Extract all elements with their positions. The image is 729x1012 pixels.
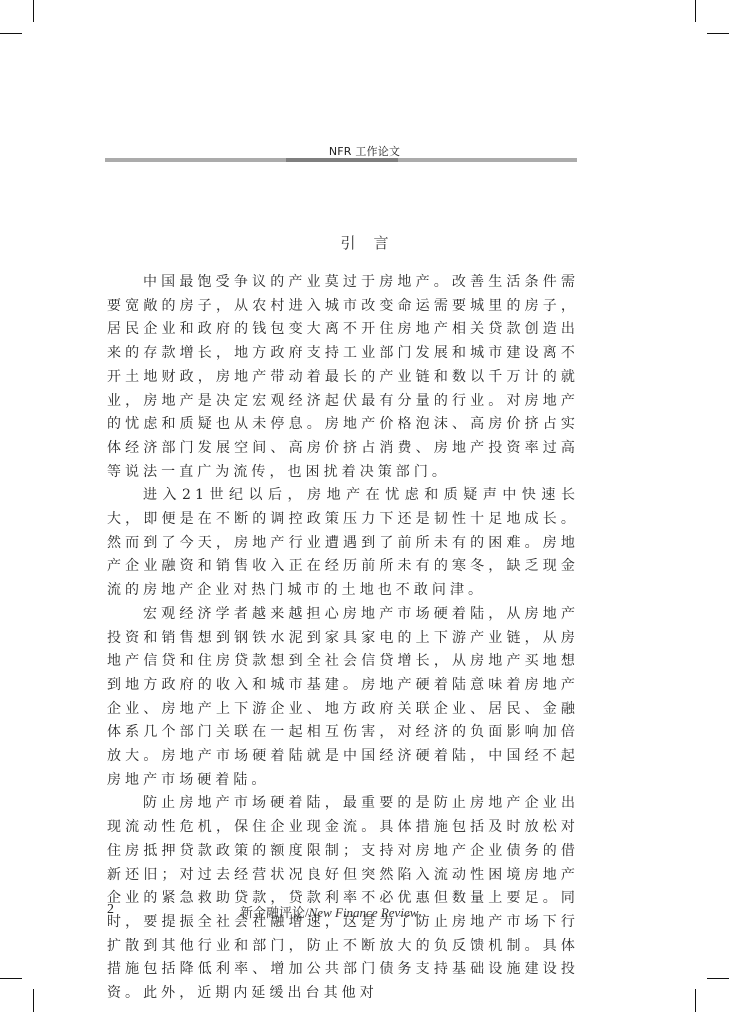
crop-mark-top-right-horizontal bbox=[707, 33, 729, 34]
crop-mark-bottom-right-vertical bbox=[695, 989, 696, 1012]
crop-mark-bottom-right-horizontal bbox=[707, 978, 729, 979]
crop-mark-top-right-vertical bbox=[695, 0, 696, 22]
journal-name-cn: 新金融评论 bbox=[240, 905, 305, 920]
section-title: 引言 bbox=[0, 232, 729, 253]
journal-name-en: New Finance Review bbox=[309, 905, 419, 920]
header-rule-accent bbox=[286, 158, 398, 162]
page-number: 2 bbox=[107, 902, 114, 918]
paragraph: 进入21世纪以后，房地产在忧虑和质疑声中快速长大，即便是在不断的调控政策压力下还… bbox=[107, 484, 579, 603]
running-header-title: NFR 工作论文 bbox=[0, 143, 729, 159]
crop-mark-top-left-vertical bbox=[33, 0, 34, 22]
crop-mark-bottom-left-vertical bbox=[33, 989, 34, 1012]
crop-mark-bottom-left-horizontal bbox=[0, 978, 22, 979]
paragraph: 防止房地产市场硬着陆，最重要的是防止房地产企业出现流动性危机，保住企业现金流。具… bbox=[107, 792, 579, 1005]
crop-mark-top-left-horizontal bbox=[0, 33, 22, 34]
journal-name: 新金融评论/New Finance Review bbox=[240, 902, 418, 921]
paragraph: 宏观经济学者越来越担心房地产市场硬着陆，从房地产投资和销售想到钢铁水泥到家具家电… bbox=[107, 603, 579, 793]
paragraph: 中国最饱受争议的产业莫过于房地产。改善生活条件需要宽敞的房子，从农村进入城市改变… bbox=[107, 271, 579, 484]
header-rule bbox=[105, 158, 577, 162]
body-text: 中国最饱受争议的产业莫过于房地产。改善生活条件需要宽敞的房子，从农村进入城市改变… bbox=[107, 271, 579, 1006]
